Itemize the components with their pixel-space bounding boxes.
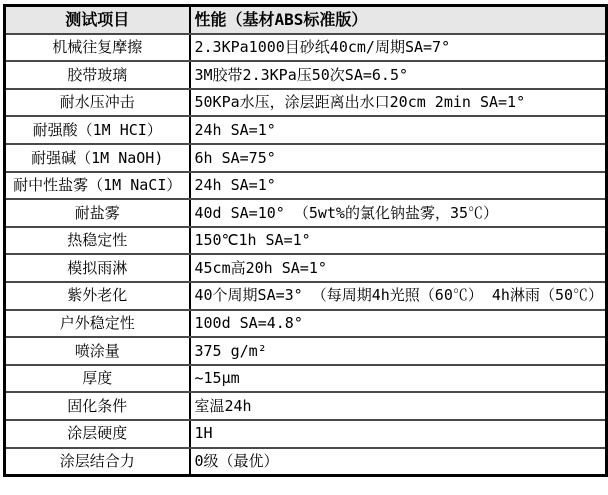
table-row: 喷涂量 375 g/m² <box>5 337 607 365</box>
column-header-test-item: 测试项目 <box>5 6 190 34</box>
test-item-cell: 涂层结合力 <box>5 448 190 476</box>
table-row: 耐中性盐雾（1M NaCI） 24h SA=1° <box>5 172 607 200</box>
test-item-cell: 户外稳定性 <box>5 310 190 338</box>
test-item-cell: 模拟雨淋 <box>5 254 190 282</box>
table-row: 涂层硬度 1H <box>5 420 607 448</box>
performance-table-container: 测试项目 性能（基材ABS标准版） 机械往复摩擦 2.3KPa1000目砂纸40… <box>3 4 608 477</box>
table-row: 耐盐雾 40d SA=10° （5wt%的氯化钠盐雾，35℃） <box>5 199 607 227</box>
test-item-cell: 紫外老化 <box>5 282 190 310</box>
test-item-cell: 耐强碱（1M NaOH) <box>5 144 190 172</box>
performance-cell: ~15μm <box>190 365 607 393</box>
performance-cell: 24h SA=1° <box>190 172 607 200</box>
test-item-cell: 涂层硬度 <box>5 420 190 448</box>
performance-cell: 50KPa水压，涂层距离出水口20cm 2min SA=1° <box>190 89 607 117</box>
table-row: 模拟雨淋 45cm高20h SA=1° <box>5 254 607 282</box>
performance-cell: 6h SA=75° <box>190 144 607 172</box>
table-row: 户外稳定性 100d SA=4.8° <box>5 310 607 338</box>
performance-cell: 2.3KPa1000目砂纸40cm/周期SA=7° <box>190 34 607 62</box>
table-row: 耐强碱（1M NaOH) 6h SA=75° <box>5 144 607 172</box>
table-row: 厚度 ~15μm <box>5 365 607 393</box>
table-row: 固化条件 室温24h <box>5 392 607 420</box>
test-item-cell: 喷涂量 <box>5 337 190 365</box>
performance-cell: 45cm高20h SA=1° <box>190 254 607 282</box>
table-row: 机械往复摩擦 2.3KPa1000目砂纸40cm/周期SA=7° <box>5 34 607 62</box>
table-row: 耐水压冲击 50KPa水压，涂层距离出水口20cm 2min SA=1° <box>5 89 607 117</box>
test-item-cell: 厚度 <box>5 365 190 393</box>
test-item-cell: 机械往复摩擦 <box>5 34 190 62</box>
test-item-cell: 胶带玻璃 <box>5 61 190 89</box>
performance-cell: 24h SA=1° <box>190 116 607 144</box>
performance-cell: 0级（最优） <box>190 448 607 476</box>
table-row: 热稳定性 150℃1h SA=1° <box>5 227 607 255</box>
performance-cell: 40d SA=10° （5wt%的氯化钠盐雾，35℃） <box>190 199 607 227</box>
table-row: 耐强酸（1M HCI） 24h SA=1° <box>5 116 607 144</box>
header-row: 测试项目 性能（基材ABS标准版） <box>5 6 607 34</box>
performance-cell: 1H <box>190 420 607 448</box>
test-item-cell: 耐强酸（1M HCI） <box>5 116 190 144</box>
performance-cell: 100d SA=4.8° <box>190 310 607 338</box>
table-row: 涂层结合力 0级（最优） <box>5 448 607 476</box>
test-item-cell: 热稳定性 <box>5 227 190 255</box>
performance-table: 测试项目 性能（基材ABS标准版） 机械往复摩擦 2.3KPa1000目砂纸40… <box>3 4 608 477</box>
performance-cell: 150℃1h SA=1° <box>190 227 607 255</box>
performance-cell: 375 g/m² <box>190 337 607 365</box>
test-item-cell: 固化条件 <box>5 392 190 420</box>
performance-cell: 40个周期SA=3° （每周期4h光照（60℃） 4h淋雨（50℃） <box>190 282 607 310</box>
table-row: 胶带玻璃 3M胶带2.3KPa压50次SA=6.5° <box>5 61 607 89</box>
test-item-cell: 耐水压冲击 <box>5 89 190 117</box>
column-header-performance: 性能（基材ABS标准版） <box>190 6 607 34</box>
test-item-cell: 耐盐雾 <box>5 199 190 227</box>
performance-cell: 室温24h <box>190 392 607 420</box>
table-row: 紫外老化 40个周期SA=3° （每周期4h光照（60℃） 4h淋雨（50℃） <box>5 282 607 310</box>
test-item-cell: 耐中性盐雾（1M NaCI） <box>5 172 190 200</box>
performance-cell: 3M胶带2.3KPa压50次SA=6.5° <box>190 61 607 89</box>
